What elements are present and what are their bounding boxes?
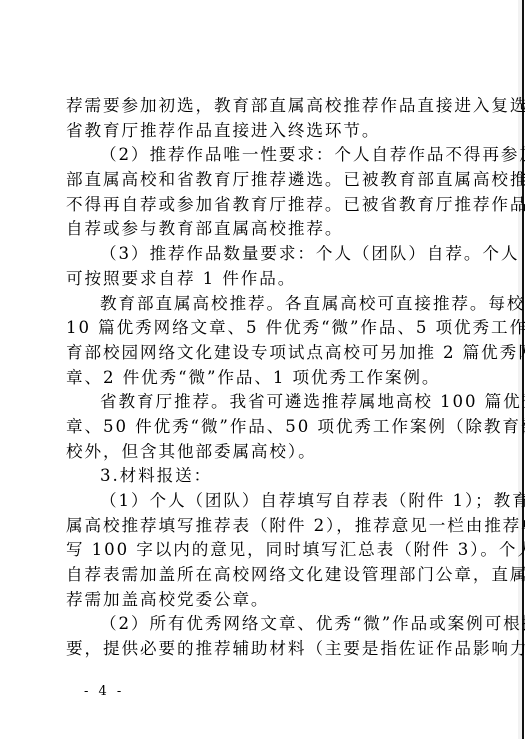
text-line: （1）个人（团队）自荐填写自荐表（附件 1）；教育部直 <box>66 489 460 514</box>
text-line: 章、2 件优秀“微”作品、1 项优秀工作案例。 <box>66 366 460 391</box>
text-line: 省教育厅推荐作品直接进入终选环节。 <box>66 119 460 144</box>
text-line: 10 篇优秀网络文章、5 件优秀“微”作品、5 项优秀工作案例；教 <box>66 316 460 341</box>
text-line: （2）推荐作品唯一性要求：个人自荐作品不得再参加教育 <box>66 143 460 168</box>
text-line: 3.材料报送： <box>66 464 460 489</box>
text-line: （2）所有优秀网络文章、优秀“微”作品或案例可根据实际需 <box>66 612 460 637</box>
text-line: 自荐表需加盖所在高校网络文化建设管理部门公章，直属高校推 <box>66 563 460 588</box>
text-line: 要，提供必要的推荐辅助材料（主要是指佐证作品影响力的材料， <box>66 637 460 662</box>
text-line: 属高校推荐填写推荐表（附件 2），推荐意见一栏由推荐单位填 <box>66 514 460 539</box>
text-line: 自荐或参与教育部直属高校推荐。 <box>66 217 460 242</box>
text-line: 章、50 件优秀“微”作品、50 项优秀工作案例（除教育部直属高 <box>66 415 460 440</box>
text-line: 教育部直属高校推荐。各直属高校可直接推荐。每校限推 <box>66 292 460 317</box>
text-line: 荐需要参加初选，教育部直属高校推荐作品直接进入复选环节， <box>66 94 460 119</box>
text-line: （3）推荐作品数量要求：个人（团队）自荐。个人（团队） <box>66 242 460 267</box>
text-line: 写 100 字以内的意见，同时填写汇总表（附件 3）。个人（团队） <box>66 538 460 563</box>
page-number: - 4 - <box>84 684 124 699</box>
text-line: 校外，但含其他部委属高校）。 <box>66 440 460 465</box>
text-line: 育部校园网络文化建设专项试点高校可另加推 2 篇优秀网络文 <box>66 341 460 366</box>
text-line: 可按照要求自荐 1 件作品。 <box>66 267 460 292</box>
text-line: 省教育厅推荐。我省可遴选推荐属地高校 100 篇优秀网络文 <box>66 390 460 415</box>
document-body: 荐需要参加初选，教育部直属高校推荐作品直接进入复选环节，省教育厅推荐作品直接进入… <box>66 94 460 662</box>
text-line: 荐需加盖高校党委公章。 <box>66 588 460 613</box>
text-line: 不得再自荐或参加省教育厅推荐。已被省教育厅推荐作品不得再 <box>66 193 460 218</box>
text-line: 部直属高校和省教育厅推荐遴选。已被教育部直属高校推荐作品 <box>66 168 460 193</box>
